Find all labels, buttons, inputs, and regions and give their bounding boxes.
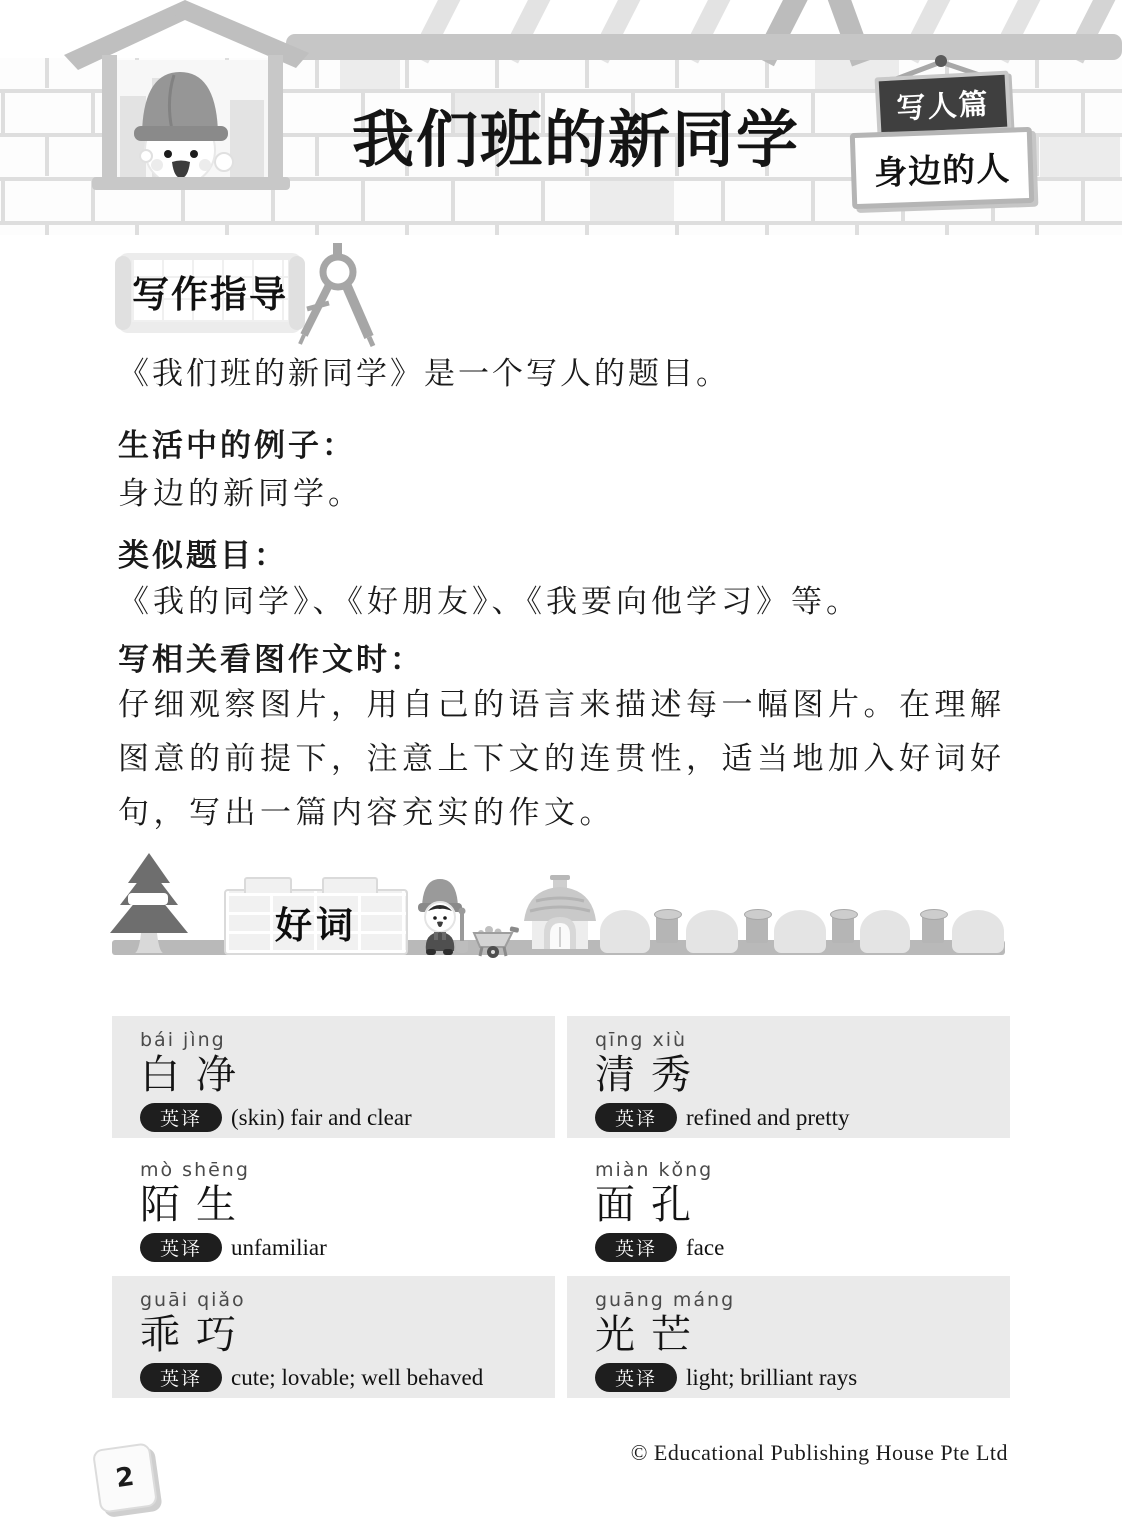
tree-stump-icon xyxy=(746,913,768,943)
english-translation: face xyxy=(686,1235,724,1261)
page-title: 我们班的新同学 xyxy=(352,90,800,179)
vocab-card: qīng xiù 清秀 英译 refined and pretty xyxy=(567,1016,1010,1138)
english-translation-badge: 英译 xyxy=(140,1233,222,1262)
page-number-brick: 2 xyxy=(92,1442,158,1513)
translation-row: 英译 unfamiliar xyxy=(140,1233,555,1262)
wheelbarrow-icon xyxy=(472,921,520,959)
bush-icon xyxy=(860,910,910,953)
vocab-row: bái jìng 白净 英译 (skin) fair and clear qīn… xyxy=(112,1016,1010,1138)
guide-intro: 《我们班的新同学》是一个写人的题目。 xyxy=(118,348,730,393)
pinyin-label: guāng máng xyxy=(595,1289,1010,1312)
guide-body-picture-composition: 仔细观察图片，用自己的语言来描述每一幅图片。在理解图意的前提下，注意上下文的连贯… xyxy=(118,678,1020,840)
pinyin-label: qīng xiù xyxy=(595,1029,1010,1052)
guide-heading-picture-composition: 写相关看图作文时： xyxy=(118,634,424,679)
tree-stump-icon xyxy=(832,913,854,943)
page-header: 我们班的新同学 写人篇 身边的人 xyxy=(0,0,1122,235)
english-translation: refined and pretty xyxy=(686,1105,849,1131)
english-translation: (skin) fair and clear xyxy=(231,1105,412,1131)
pine-tree-icon xyxy=(108,853,190,955)
vocab-row: guāi qiǎo 乖巧 英译 cute; lovable; well beha… xyxy=(112,1276,1010,1398)
translation-row: 英译 refined and pretty xyxy=(595,1103,1010,1132)
vocab-card: bái jìng 白净 英译 (skin) fair and clear xyxy=(112,1016,555,1138)
vocab-card: guāng máng 光芒 英译 light; brilliant rays xyxy=(567,1276,1010,1398)
bush-icon xyxy=(952,910,1004,953)
english-translation: unfamiliar xyxy=(231,1235,327,1261)
english-translation: light; brilliant rays xyxy=(686,1365,857,1391)
drawing-compass-icon xyxy=(295,243,381,347)
writing-guide-banner: 写作指导 xyxy=(118,253,302,333)
pinyin-label: miàn kǒng xyxy=(595,1159,1010,1182)
vocab-card: mò shēng 陌生 英译 unfamiliar xyxy=(112,1146,555,1268)
pinyin-label: guāi qiǎo xyxy=(140,1289,555,1312)
english-translation-badge: 英译 xyxy=(595,1103,677,1132)
book-page: 我们班的新同学 写人篇 身边的人 写作指导 《我们班的新同学》是一个写人的题目。… xyxy=(0,0,1122,1536)
bush-icon xyxy=(600,910,650,953)
writing-guide-banner-face: 写作指导 xyxy=(132,260,288,322)
hanzi-word: 白净 xyxy=(140,1052,555,1098)
translation-row: 英译 light; brilliant rays xyxy=(595,1363,1010,1392)
translation-row: 英译 (skin) fair and clear xyxy=(140,1103,555,1132)
brick-house-icon xyxy=(520,875,600,953)
guide-body-similar-topics: 《我的同学》、《好朋友》、《我要向他学习》等。 xyxy=(118,576,861,621)
builder-boy-icon xyxy=(416,877,470,955)
hanzi-word: 清秀 xyxy=(595,1052,1010,1098)
pinyin-label: mò shēng xyxy=(140,1159,555,1182)
hanzi-word: 乖巧 xyxy=(140,1312,555,1358)
vocab-grid: bái jìng 白净 英译 (skin) fair and clear qīn… xyxy=(112,1016,1010,1406)
english-translation-badge: 英译 xyxy=(140,1103,222,1132)
good-words-banner: 好词 xyxy=(0,853,1122,959)
section-tag: 身边的人 xyxy=(850,127,1035,209)
hanzi-word: 光芒 xyxy=(595,1312,1010,1358)
translation-row: 英译 cute; lovable; well behaved xyxy=(140,1363,555,1392)
tree-stump-icon xyxy=(656,913,678,943)
window-scene xyxy=(116,60,268,194)
roof-beam xyxy=(286,34,1122,60)
guide-heading-similar-topics: 类似题目： xyxy=(118,530,288,575)
guide-heading-examples: 生活中的例子： xyxy=(118,420,356,465)
english-translation-badge: 英译 xyxy=(140,1363,222,1392)
pinyin-label: bái jìng xyxy=(140,1029,555,1052)
page-number: 2 xyxy=(114,1462,136,1494)
bush-icon xyxy=(774,910,826,953)
bush-icon xyxy=(686,910,738,953)
vocab-card: guāi qiǎo 乖巧 英译 cute; lovable; well beha… xyxy=(112,1276,555,1398)
guide-body-examples: 身边的新同学。 xyxy=(118,468,363,513)
english-translation: cute; lovable; well behaved xyxy=(231,1365,483,1391)
translation-row: 英译 face xyxy=(595,1233,1010,1262)
writing-guide-label: 写作指导 xyxy=(132,264,288,318)
english-translation-badge: 英译 xyxy=(595,1233,677,1262)
good-words-label: 好词 xyxy=(275,895,357,949)
hanzi-word: 陌生 xyxy=(140,1182,555,1228)
vocab-card: miàn kǒng 面孔 英译 face xyxy=(567,1146,1010,1268)
good-words-wall: 好词 xyxy=(224,889,408,955)
vocab-row: mò shēng 陌生 英译 unfamiliar miàn kǒng 面孔 英… xyxy=(112,1146,1010,1268)
hanzi-word: 面孔 xyxy=(595,1182,1010,1228)
english-translation-badge: 英译 xyxy=(595,1363,677,1392)
copyright-notice: © Educational Publishing House Pte Ltd xyxy=(631,1440,1008,1466)
tree-stump-icon xyxy=(922,913,944,943)
